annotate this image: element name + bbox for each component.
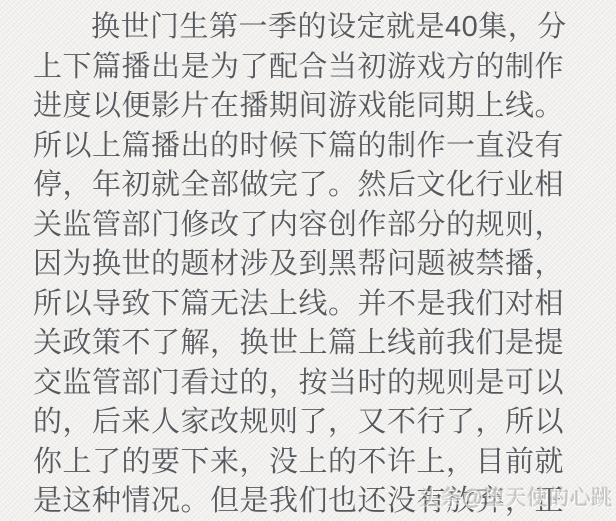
text-line: 关政策不了解，换世上篇上线前我们是提 xyxy=(33,324,583,364)
article-text: 换世门生第一季的设定就是40集，分上下篇播出是为了配合当初游戏方的制作进度以便影… xyxy=(0,0,616,521)
text-line: 交监管部门看过的，按当时的规则是可以 xyxy=(33,364,583,404)
text-line: 所以导致下篇无法上线。并不是我们对相 xyxy=(33,285,583,325)
text-line: 所以上篇播出的时候下篇的制作一直没有 xyxy=(33,127,583,167)
text-line: 因为换世的题材涉及到黑帮问题被禁播， xyxy=(33,245,583,285)
text-line: 进度以便影片在播期间游戏能同期上线。 xyxy=(33,87,583,127)
text-line: 上下篇播出是为了配合当初游戏方的制作 xyxy=(33,48,583,88)
text-line: 换世门生第一季的设定就是40集，分 xyxy=(33,8,583,48)
text-line: 关监管部门修改了内容创作部分的规则， xyxy=(33,206,583,246)
text-line: 是这种情况。但是我们也还没有放弃，正 xyxy=(33,482,583,521)
text-line: 的，后来人家改规则了，又不行了，所以 xyxy=(33,403,583,443)
screenshot-page: 换世门生第一季的设定就是40集，分上下篇播出是为了配合当初游戏方的制作进度以便影… xyxy=(0,0,616,521)
text-line: 停，年初就全部做完了。然后文化行业相 xyxy=(33,166,583,206)
text-line: 你上了的要下来，没上的不许上，目前就 xyxy=(33,443,583,483)
